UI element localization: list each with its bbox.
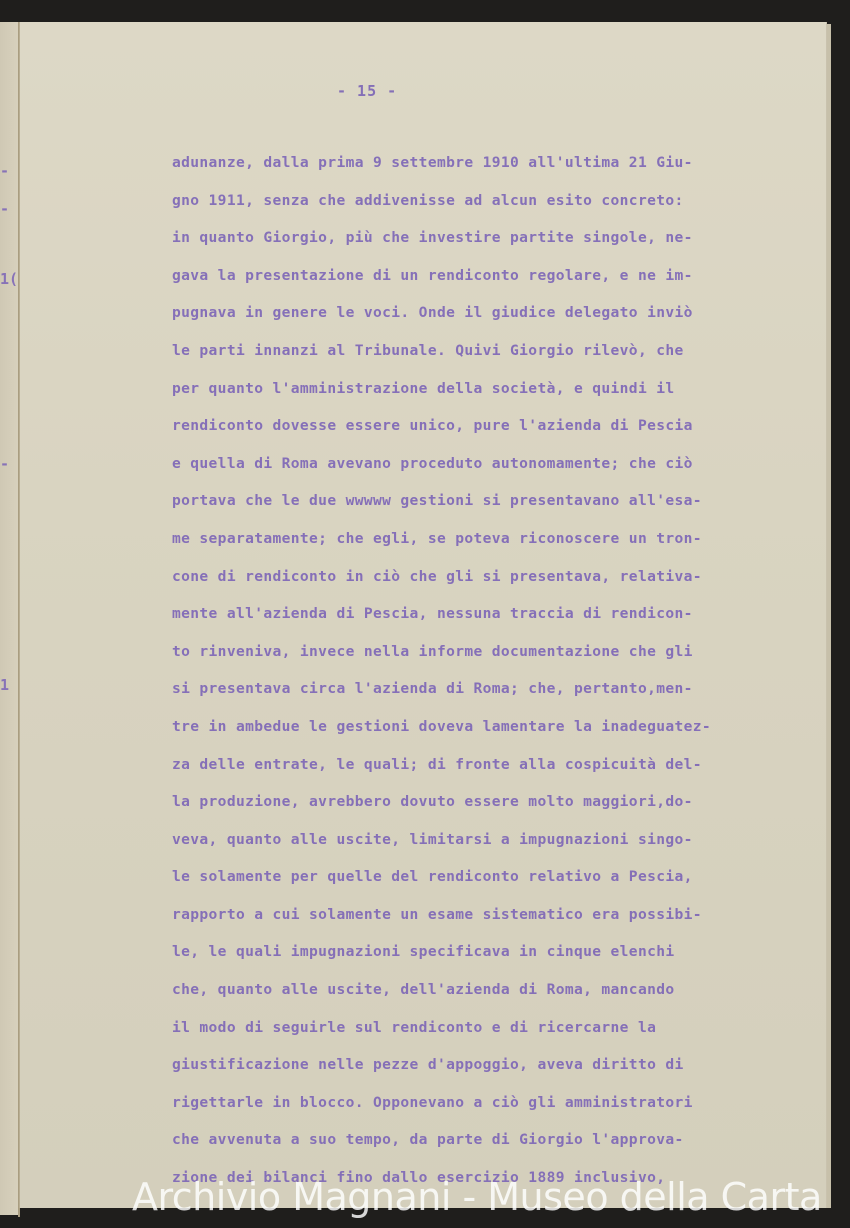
text-line: per quanto l'amministrazione della socie… [172,378,832,416]
text-line: gno 1911, senza che addivenisse ad alcun… [172,190,832,228]
text-line: si presentava circa l'azienda di Roma; c… [172,678,832,716]
text-line: il modo di seguirle sul rendiconto e di … [172,1017,832,1055]
margin-mark: - [0,202,9,217]
text-line: che, quanto alle uscite, dell'azienda di… [172,979,832,1017]
archive-watermark: Archivio Magnani - Museo della Carta [132,1175,822,1219]
text-line: cone di rendiconto in ciò che gli si pre… [172,566,832,604]
previous-page-edge: - - 1( - 1 [0,22,19,1215]
text-line: e quella di Roma avevano proceduto auton… [172,453,832,491]
margin-mark: - [0,457,9,472]
typewritten-body: adunanze, dalla prima 9 settembre 1910 a… [172,152,832,1205]
text-line: portava che le due wwwww gestioni si pre… [172,490,832,528]
text-line: mente all'azienda di Pescia, nessuna tra… [172,603,832,641]
text-line: to rinveniva, invece nella informe docum… [172,641,832,679]
margin-mark: 1 [0,678,9,693]
text-line: le parti innanzi al Tribunale. Quivi Gio… [172,340,832,378]
text-line: le, le quali impugnazioni specificava in… [172,941,832,979]
text-line: gava la presentazione di un rendiconto r… [172,265,832,303]
text-line: che avvenuta a suo tempo, da parte di Gi… [172,1129,832,1167]
text-line: in quanto Giorgio, più che investire par… [172,227,832,265]
page-number: - 15 - [337,82,397,100]
text-line: la produzione, avrebbero dovuto essere m… [172,791,832,829]
margin-mark: - [0,164,9,179]
text-line: me separatamente; che egli, se poteva ri… [172,528,832,566]
text-line: rapporto a cui solamente un esame sistem… [172,904,832,942]
text-line: le solamente per quelle del rendiconto r… [172,866,832,904]
text-line: veva, quanto alle uscite, limitarsi a im… [172,829,832,867]
text-line: giustificazione nelle pezze d'appoggio, … [172,1054,832,1092]
text-line: rendiconto dovesse essere unico, pure l'… [172,415,832,453]
text-line: rigettarle in blocco. Opponevano a ciò g… [172,1092,832,1130]
margin-mark: 1( [0,272,18,287]
text-line: tre in ambedue le gestioni doveva lament… [172,716,832,754]
text-line: za delle entrate, le quali; di fronte al… [172,754,832,792]
text-line: adunanze, dalla prima 9 settembre 1910 a… [172,152,832,190]
text-line: pugnava in genere le voci. Onde il giudi… [172,302,832,340]
scanned-document: - - 1( - 1 - 15 - adunanze, dalla prima … [0,0,850,1228]
